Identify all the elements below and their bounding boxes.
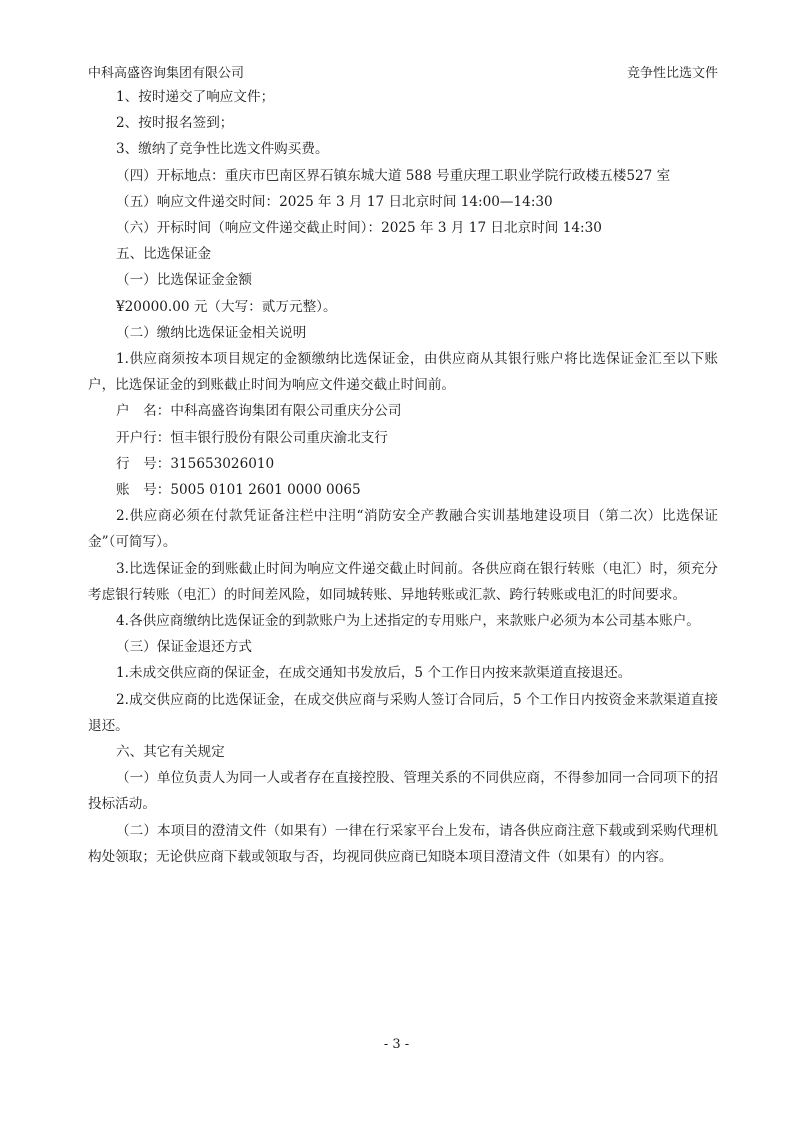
header-company: 中科高盛咨询集团有限公司 bbox=[88, 62, 244, 81]
section-heading: 六、其它有关规定 bbox=[88, 739, 718, 765]
paragraph: 4.各供应商缴纳比选保证金的到款账户为上述指定的专用账户，来款账户必须为本公司基… bbox=[88, 608, 718, 634]
page-number: - 3 - bbox=[0, 1037, 793, 1052]
paragraph: 2.成交供应商的比选保证金，在成交供应商与采购人签订合同后，5 个工作日内按资金… bbox=[88, 687, 718, 739]
account-number: 账 号：5005 0101 2601 0000 0065 bbox=[88, 477, 718, 503]
subsection-heading: （三）保证金退还方式 bbox=[88, 634, 718, 660]
paragraph: 1.供应商须按本项目规定的金额缴纳比选保证金，由供应商从其银行账户将比选保证金汇… bbox=[88, 346, 718, 398]
document-body: 1、按时递交了响应文件； 2、按时报名签到； 3、缴纳了竞争性比选文件购买费。 … bbox=[88, 84, 718, 870]
paragraph: （四）开标地点：重庆市巴南区界石镇东城大道 588 号重庆理工职业学院行政楼五楼… bbox=[88, 163, 718, 189]
section-heading: 五、比选保证金 bbox=[88, 241, 718, 267]
account-name: 户 名：中科高盛咨询集团有限公司重庆分公司 bbox=[88, 398, 718, 424]
paragraph: 3、缴纳了竞争性比选文件购买费。 bbox=[88, 136, 718, 162]
paragraph: （一）单位负责人为同一人或者存在直接控股、管理关系的不同供应商，不得参加同一合同… bbox=[88, 765, 718, 817]
paragraph: 2、按时报名签到； bbox=[88, 110, 718, 136]
account-bank: 开户行：恒丰银行股份有限公司重庆渝北支行 bbox=[88, 425, 718, 451]
header-doc-type: 竞争性比选文件 bbox=[627, 62, 718, 81]
paragraph: （六）开标时间（响应文件递交截止时间）：2025 年 3 月 17 日北京时间 … bbox=[88, 215, 718, 241]
paragraph: （五）响应文件递交时间：2025 年 3 月 17 日北京时间 14:00—14… bbox=[88, 189, 718, 215]
paragraph: ¥20000.00 元（大写：贰万元整）。 bbox=[88, 294, 718, 320]
paragraph: （二）本项目的澄清文件（如果有）一律在行采家平台上发布，请各供应商注意下载或到采… bbox=[88, 818, 718, 870]
paragraph: 1、按时递交了响应文件； bbox=[88, 84, 718, 110]
subsection-heading: （一）比选保证金金额 bbox=[88, 267, 718, 293]
page-header: 中科高盛咨询集团有限公司 竞争性比选文件 bbox=[88, 62, 718, 82]
subsection-heading: （二）缴纳比选保证金相关说明 bbox=[88, 320, 718, 346]
bank-code: 行 号：315653026010 bbox=[88, 451, 718, 477]
paragraph: 2.供应商必须在付款凭证备注栏中注明“消防安全产教融合实训基地建设项目（第二次）… bbox=[88, 503, 718, 555]
paragraph: 1.未成交供应商的保证金，在成交通知书发放后，5 个工作日内按来款渠道直接退还。 bbox=[88, 660, 718, 686]
paragraph: 3.比选保证金的到账截止时间为响应文件递交截止时间前。各供应商在银行转账（电汇）… bbox=[88, 556, 718, 608]
